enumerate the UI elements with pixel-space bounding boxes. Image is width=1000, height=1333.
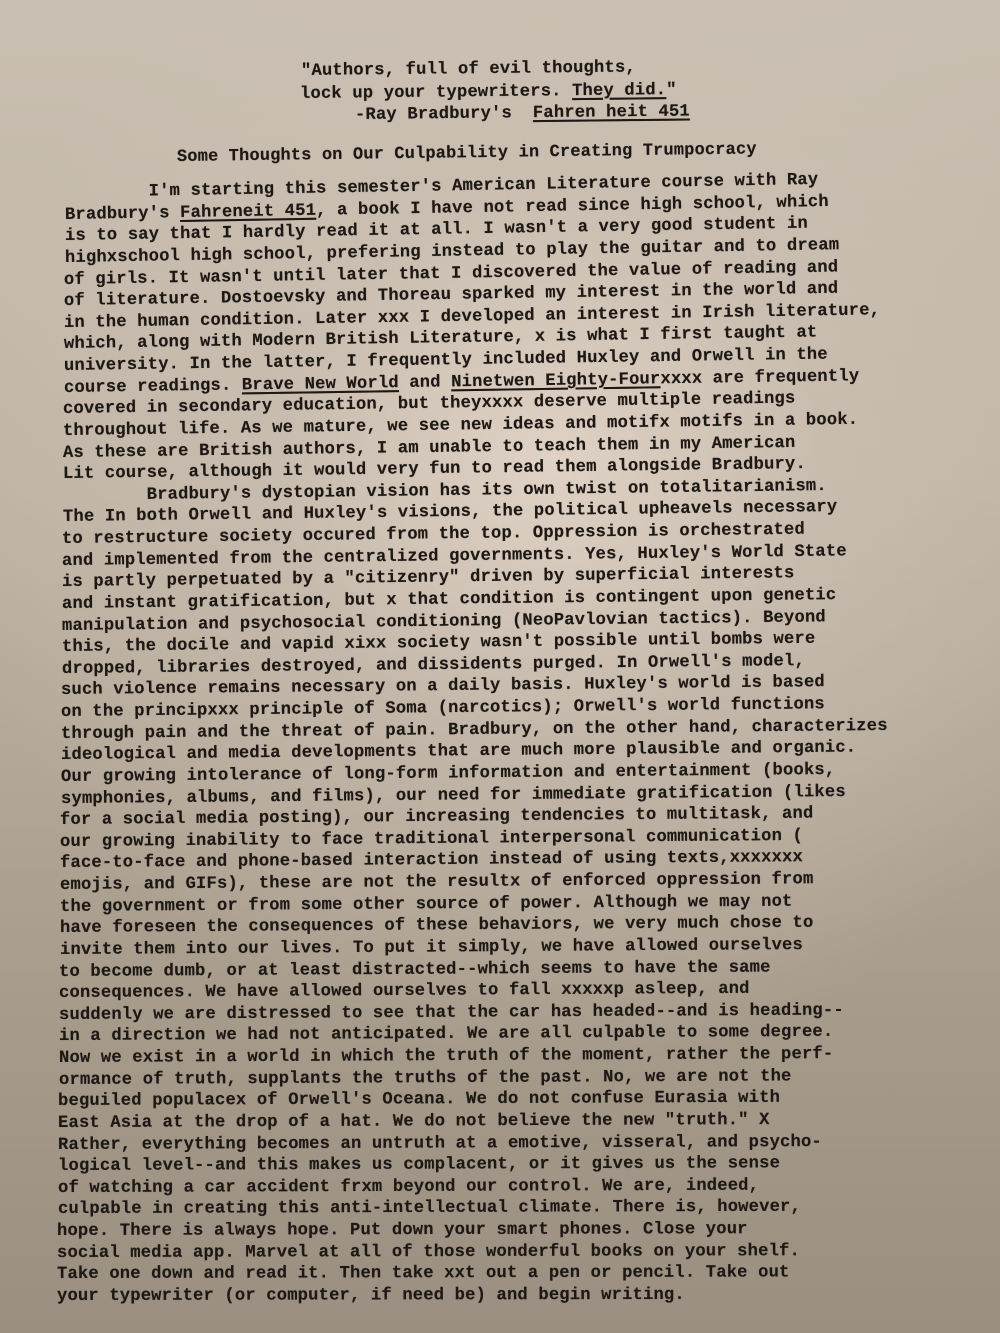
body-text: hope. There is always hope. Put down you… [57,1220,748,1241]
body-line: Now we exist in a world in which the tru… [59,1045,833,1069]
body-line: East Asia at the drop of a hat. We do no… [58,1111,770,1134]
underlined-title: Ninetwen Eighty-Four [451,370,661,392]
body-text: Now we exist in a world in which the tru… [59,1045,833,1068]
typewritten-page: "Authors, full of evil thoughts, lock up… [0,0,1000,1333]
epigraph-close-quote: " [666,81,677,100]
body-text: logical level--and this makes us complac… [58,1155,780,1177]
body-text: ormance of truth, supplants the truths o… [59,1067,792,1090]
body-line: invite them into our lives. To put it si… [59,936,802,961]
attribution-author: -Ray Bradbury's [355,104,533,125]
body-line: logical level--and this makes us complac… [58,1155,780,1178]
body-text: East Asia at the drop of a hat. We do no… [58,1111,770,1133]
body-text: face-to-face and phone-based interaction… [60,849,803,874]
body-line: to become dumb, or at least distracted--… [59,958,771,982]
body-text: xxxx are frequently [660,367,859,389]
body-text: Bradbury's [65,204,180,225]
body-text: and [398,373,451,393]
body-text: in a direction we had not anticipated. W… [59,1023,833,1046]
epigraph-attribution: -Ray Bradbury's Fahren heit 451 [355,102,690,126]
body-line: your typewriter (or computer, if need be… [57,1286,685,1307]
body-text: culpable in creating this anti-intellect… [58,1198,801,1219]
body-text: emojis, and GIFs), these are not the res… [60,870,814,895]
body-line: hope. There is always hope. Put down you… [57,1220,748,1242]
body-line: Take one down and read it. Then take xxt… [57,1264,790,1286]
underlined-title: Fahreneit 451 [180,201,316,222]
body-text: have foreseen the consequences of these … [60,914,814,938]
body-line: beguiled populacex of Orwell's Oceana. W… [58,1089,780,1112]
body-line: ormance of truth, supplants the truths o… [59,1067,792,1091]
attribution-book-title: Fahren heit 451 [533,102,690,123]
body-text: Rather, everything becomes an untruth at… [58,1133,822,1155]
body-text: consequences. We have allowed ourselves … [59,980,750,1003]
body-text: course readings. [63,376,241,398]
body-text: social media app. Marvel at all of those… [57,1242,800,1263]
body-line: in a direction we had not anticipated. W… [59,1023,833,1047]
body-line: suddenly we are distressed to see that t… [59,1001,844,1026]
epigraph-emphasis: They did. [572,81,666,101]
epigraph-line-2-text: lock up your typewriters. [300,82,572,104]
underlined-title: Brave New World [241,374,398,395]
body-line: Rather, everything becomes an untruth at… [58,1133,822,1156]
body-line: of watching a car accident frxm beyond o… [58,1177,759,1199]
body-text: beguiled populacex of Orwell's Oceana. W… [58,1089,780,1111]
body-text: suddenly we are distressed to see that t… [59,1001,844,1025]
body-line: emojis, and GIFs), these are not the res… [60,870,814,896]
body-text: your typewriter (or computer, if need be… [57,1286,685,1306]
body-text: the government or from some other source… [60,892,793,916]
body-line: have foreseen the consequences of these … [60,914,814,939]
body-text: to become dumb, or at least distracted--… [59,958,771,981]
epigraph-line-1: "Authors, full of evil thoughts, [301,58,636,82]
epigraph-line-2: lock up your typewriters. They did." [300,81,677,105]
body-text: Take one down and read it. Then take xxt… [57,1264,790,1285]
body-line: consequences. We have allowed ourselves … [59,980,750,1004]
essay-title: Some Thoughts on Our Culpability in Crea… [177,140,757,168]
body-text: invite them into our lives. To put it si… [59,936,802,960]
body-text: of watching a car accident frxm beyond o… [58,1177,759,1198]
body-line: culpable in creating this anti-intellect… [58,1198,801,1220]
body-line: social media app. Marvel at all of those… [57,1242,800,1264]
